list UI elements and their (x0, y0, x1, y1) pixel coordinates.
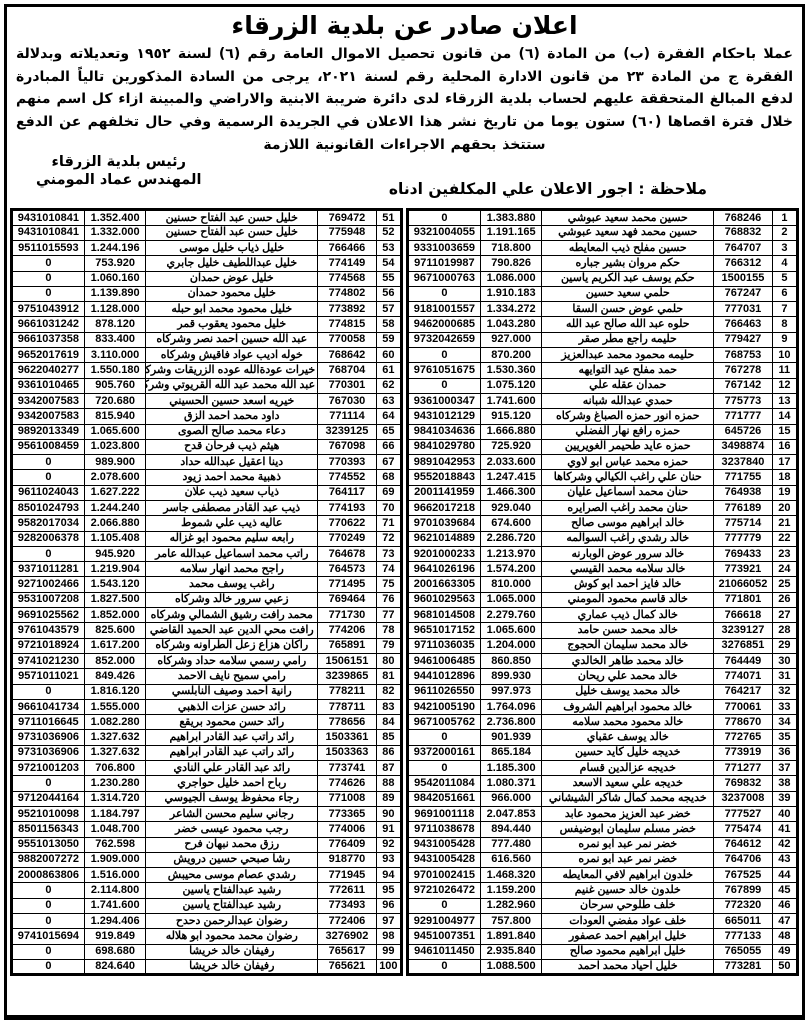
reference-number-cell: 777133 (714, 929, 773, 944)
table-row: 24773921خالد سلامه محمد القيسي1.574.2009… (408, 562, 798, 577)
row-number-cell: 5 (772, 271, 797, 286)
reference-number-cell: 1503361 (318, 730, 377, 745)
reference-number-cell: 1503363 (318, 745, 377, 760)
row-number-cell: 62 (376, 378, 401, 393)
table-row: 64771114داود محمد احمد الزق815.940934200… (12, 409, 402, 424)
table-row: 56774802خليل محمود حمدان1.139.8900 (12, 286, 402, 301)
row-number-cell: 20 (772, 501, 797, 516)
taxpayer-name-cell: خالد سلامه محمد القيسي (542, 562, 714, 577)
national-id-cell: 0 (12, 959, 85, 974)
reference-number-cell: 764678 (318, 546, 377, 561)
amount-cell: 1.466.300 (480, 485, 542, 500)
amount-cell: 1.852.000 (84, 608, 146, 623)
national-id-cell: 0 (408, 348, 481, 363)
table-row: 50773281خليل احياد محمد احمد1.088.5000 (408, 959, 798, 974)
reference-number-cell: 769433 (714, 546, 773, 561)
taxpayer-name-cell: خالد كمال ذيب عماري (542, 608, 714, 623)
reference-number-cell: 774206 (318, 623, 377, 638)
table-row: 851503361رائد راتب عبد القادر ابراهيم1.3… (12, 730, 402, 745)
amount-cell: 720.680 (84, 393, 146, 408)
amount-cell: 1.082.280 (84, 715, 146, 730)
national-id-cell: 9751043912 (12, 302, 85, 317)
taxpayer-name-cell: خالد محمود ابراهيم الشروف (542, 699, 714, 714)
reference-number-cell: 771945 (318, 868, 377, 883)
taxpayer-name-cell: عبد الله محمد عبد الله القريوتي وشركاه (146, 378, 318, 393)
amount-cell: 762.598 (84, 837, 146, 852)
table-row: 861503363رائد راتب عبد القادر ابراهيم1.3… (12, 745, 402, 760)
row-number-cell: 30 (772, 653, 797, 668)
amount-cell: 698.680 (84, 944, 146, 959)
national-id-cell: 9321004055 (408, 225, 481, 240)
national-id-cell: 9421005190 (408, 699, 481, 714)
taxpayer-name-cell: رائد عبد القادر علي النادي (146, 761, 318, 776)
amount-cell: 1.184.797 (84, 806, 146, 821)
table-row: 47665011خلف عواد مفضي العودات757.8009291… (408, 914, 798, 929)
reference-number-cell: 778670 (714, 715, 773, 730)
row-number-cell: 31 (772, 669, 797, 684)
national-id-cell: 9661037358 (12, 332, 85, 347)
table-row: 70774193ذيب عبد القادر مصطفى جاسر1.244.2… (12, 501, 402, 516)
table-row: 93918770رشا صبحي حسين درويش1.909.0009882… (12, 852, 402, 867)
national-id-cell: 9721018924 (12, 638, 85, 653)
taxpayer-name-cell: رشدي عصام موسى محيبش (146, 868, 318, 883)
amount-cell: 1.023.800 (84, 439, 146, 454)
table-row: 163498874حمزه عايد طحيمر الغويريين725.92… (408, 439, 798, 454)
amount-cell: 2.078.600 (84, 470, 146, 485)
table-row: 54774149خليل عبداللطيف خليل جابري753.920… (12, 256, 402, 271)
national-id-cell: 9761043579 (12, 623, 85, 638)
amount-cell: 2.114.800 (84, 883, 146, 898)
row-number-cell: 78 (376, 623, 401, 638)
amount-cell: 1.219.904 (84, 562, 146, 577)
amount-cell: 824.640 (84, 959, 146, 974)
taxpayers-tables: 1768246حسين محمد سعيد عبوشي1.383.8800276… (10, 208, 799, 976)
national-id-cell: 8501156343 (12, 822, 85, 837)
reference-number-cell: 766466 (318, 240, 377, 255)
row-number-cell: 68 (376, 470, 401, 485)
table-row: 653239125دعاء محمد صالح الصوى1.065.60098… (12, 424, 402, 439)
reference-number-cell: 764938 (714, 485, 773, 500)
table-row: 38769832خديجه علي سعيد الاسعد1.080.37195… (408, 776, 798, 791)
table-row: 8766463حلوه عبد الله صالح عبد الله1.043.… (408, 317, 798, 332)
national-id-cell: 9661031242 (12, 317, 85, 332)
amount-cell: 1.332.000 (84, 225, 146, 240)
reference-number-cell: 767098 (318, 439, 377, 454)
reference-number-cell: 766312 (714, 256, 773, 271)
taxpayer-name-cell: حكم مروان بشير جباره (542, 256, 714, 271)
row-number-cell: 79 (376, 638, 401, 653)
table-row: 53766466خليل ذياب خليل موسى1.244.1969511… (12, 240, 402, 255)
reference-number-cell: 766463 (714, 317, 773, 332)
amount-cell: 1.764.096 (480, 699, 542, 714)
reference-number-cell: 767247 (714, 286, 773, 301)
amount-cell: 1.139.890 (84, 286, 146, 301)
row-number-cell: 75 (376, 577, 401, 592)
amount-cell: 1.468.320 (480, 868, 542, 883)
table-row: 91774006رجب محمود عيسى خضر1.048.70085011… (12, 822, 402, 837)
amount-cell: 966.000 (480, 791, 542, 806)
table-row: 9779427حليمه راجع مطر صقر927.00097320426… (408, 332, 798, 347)
amount-cell: 1.080.371 (480, 776, 542, 791)
table-row: 45767899خلدون خالد حسين غنيم1.159.200972… (408, 883, 798, 898)
table-row: 67770393دينا اعقيل عبدالله حداد989.9000 (12, 455, 402, 470)
taxpayer-name-cell: خديجه عزالدين قسام (542, 761, 714, 776)
table-row: 87773741رائد عبد القادر علي النادي706.80… (12, 761, 402, 776)
table-row: 33770061خالد محمود ابراهيم الشروف1.764.0… (408, 699, 798, 714)
row-number-cell: 80 (376, 653, 401, 668)
reference-number-cell: 770061 (714, 699, 773, 714)
row-number-cell: 89 (376, 791, 401, 806)
taxpayer-name-cell: خالد رشدي راغب السوالمه (542, 531, 714, 546)
taxpayer-name-cell: حليمه راجع مطر صقر (542, 332, 714, 347)
amount-cell: 1.314.720 (84, 791, 146, 806)
row-number-cell: 87 (376, 761, 401, 776)
table-row: 26771801خالد قاسم محمود المومني1.065.000… (408, 592, 798, 607)
reference-number-cell: 21066052 (714, 577, 773, 592)
national-id-cell: 0 (12, 944, 85, 959)
amount-cell: 1.075.120 (480, 378, 542, 393)
table-row: 19764938حنان محمد اسماعيل عليان1.466.300… (408, 485, 798, 500)
national-id-cell: 9431010841 (12, 210, 85, 225)
row-number-cell: 71 (376, 516, 401, 531)
amount-cell: 1.048.700 (84, 822, 146, 837)
reference-number-cell: 774802 (318, 286, 377, 301)
table-row: 99765617رفيفان خالد خريشا698.6800 (12, 944, 402, 959)
row-number-cell: 77 (376, 608, 401, 623)
row-number-cell: 11 (772, 363, 797, 378)
row-number-cell: 99 (376, 944, 401, 959)
national-id-cell: 0 (408, 378, 481, 393)
reference-number-cell: 764707 (714, 240, 773, 255)
amount-cell: 919.849 (84, 929, 146, 944)
taxpayer-name-cell: حلمي عوض حسن السقا (542, 302, 714, 317)
amount-cell: 1.244.196 (84, 240, 146, 255)
table-row: 48777133خليل ابراهيم احمد عصفور1.891.840… (408, 929, 798, 944)
table-row: 13775773حمدي عبدالله شبانه1.741.60093610… (408, 393, 798, 408)
national-id-cell: 0 (12, 470, 85, 485)
taxpayer-name-cell: حمزه رافع نهار الفضلي (542, 424, 714, 439)
national-id-cell: 9582017034 (12, 516, 85, 531)
row-number-cell: 58 (376, 317, 401, 332)
taxpayer-name-cell: حكم يوسف عبد الكريم ياسين (542, 271, 714, 286)
reference-number-cell: 779427 (714, 332, 773, 347)
taxpayer-name-cell: رامي سميح نايف الاحمد (146, 669, 318, 684)
national-id-cell: 0 (12, 271, 85, 286)
reference-number-cell: 765621 (318, 959, 377, 974)
scanned-announcement-page: { "announcement": { "title": "اعلان صادر… (0, 0, 809, 1024)
table-row: 23769433خالد سرور عوض الوبارنه1.213.9709… (408, 546, 798, 561)
taxpayer-name-cell: خلدون ابراهيم لافي المعايطه (542, 868, 714, 883)
national-id-cell: 9561008459 (12, 439, 85, 454)
row-number-cell: 70 (376, 501, 401, 516)
row-number-cell: 45 (772, 883, 797, 898)
national-id-cell: 9691025562 (12, 608, 85, 623)
taxpayer-name-cell: حمدي عبدالله شبانه (542, 393, 714, 408)
reference-number-cell: 773365 (318, 806, 377, 821)
amount-cell: 1.204.000 (480, 638, 542, 653)
table-row: 801506151رامي رسمي سلامه حداد وشركاه852.… (12, 653, 402, 668)
taxpayer-name-cell: رابعه سليم محمود ابو غزاله (146, 531, 318, 546)
amount-cell: 1.555.000 (84, 699, 146, 714)
national-id-cell: 9361000347 (408, 393, 481, 408)
reference-number-cell: 645726 (714, 424, 773, 439)
table-row: 36773919خديجه خليل كايد حسين865.18493720… (408, 745, 798, 760)
reference-number-cell: 773281 (714, 959, 773, 974)
amount-cell: 1.282.960 (480, 898, 542, 913)
row-number-cell: 41 (772, 822, 797, 837)
table-row: 52775948خليل حسن عبد الفتاح حسنين1.332.0… (12, 225, 402, 240)
reference-number-cell: 3237008 (714, 791, 773, 806)
national-id-cell: 9342007583 (12, 409, 85, 424)
amount-cell: 1.816.120 (84, 684, 146, 699)
taxpayer-name-cell: رضوان عبدالرحمن دحدح (146, 914, 318, 929)
taxpayer-name-cell: خليل عبداللطيف خليل جابري (146, 256, 318, 271)
reference-number-cell: 770249 (318, 531, 377, 546)
reference-number-cell: 764217 (714, 684, 773, 699)
national-id-cell: 9521010098 (12, 806, 85, 821)
reference-number-cell: 770393 (318, 455, 377, 470)
row-number-cell: 10 (772, 348, 797, 363)
reference-number-cell: 3239125 (318, 424, 377, 439)
national-id-cell: 0 (12, 546, 85, 561)
row-number-cell: 12 (772, 378, 797, 393)
reference-number-cell: 769464 (318, 592, 377, 607)
national-id-cell: 2000863806 (12, 868, 85, 883)
table-row: 12767142حمدان عقله علي1.075.1200 (408, 378, 798, 393)
row-number-cell: 72 (376, 531, 401, 546)
taxpayer-name-cell: حمد مفلح عيد التوايهه (542, 363, 714, 378)
table-row: 40777527خضر عبد العزيز محمود عابد2.047.8… (408, 806, 798, 821)
amount-cell: 2.935.840 (480, 944, 542, 959)
table-row: 41775474خضر مسلم سليمان ابوضيفس894.44097… (408, 822, 798, 837)
row-number-cell: 2 (772, 225, 797, 240)
national-id-cell: 0 (12, 684, 85, 699)
row-number-cell: 66 (376, 439, 401, 454)
national-id-cell: 9641026196 (408, 562, 481, 577)
table-row: 95772611رشيد عبدالفتاح ياسين2.114.8000 (12, 883, 402, 898)
national-id-cell: 9671000763 (408, 271, 481, 286)
reference-number-cell: 768832 (714, 225, 773, 240)
reference-number-cell: 3498874 (714, 439, 773, 454)
amount-cell: 833.400 (84, 332, 146, 347)
reference-number-cell: 778711 (318, 699, 377, 714)
amount-cell: 1.065.600 (84, 424, 146, 439)
reference-number-cell: 775948 (318, 225, 377, 240)
table-row: 59770058عبد الله حسين احمد نصر وشركاه833… (12, 332, 402, 347)
taxpayer-name-cell: دعاء محمد صالح الصوى (146, 424, 318, 439)
amount-cell: 1.627.222 (84, 485, 146, 500)
national-id-cell: 0 (408, 898, 481, 913)
amount-cell: 945.920 (84, 546, 146, 561)
table-row: 73764678راتب محمد اسماعيل عبدالله عامر94… (12, 546, 402, 561)
national-id-cell: 9431012129 (408, 409, 481, 424)
row-number-cell: 60 (376, 348, 401, 363)
taxpayer-name-cell: خيرات عودةالله عوده الزريقات وشركاه (146, 363, 318, 378)
amount-cell: 1.666.880 (480, 424, 542, 439)
taxpayer-name-cell: هيثم ذيب فرحان قدح (146, 439, 318, 454)
table-row: 30764449خالد محمد طاهر الخالدي860.850946… (408, 653, 798, 668)
amount-cell: 2.047.853 (480, 806, 542, 821)
taxpayer-name-cell: خالد محمد سليمان الحجوج (542, 638, 714, 653)
table-row: 43764706خضر نمر عبد ابو نمره616.56094310… (408, 852, 798, 867)
national-id-cell: 9711019987 (408, 256, 481, 271)
national-id-cell: 9601029563 (408, 592, 481, 607)
table-row: 6767247حلمي سعيد حسين1.910.1830 (408, 286, 798, 301)
national-id-cell: 9331003659 (408, 240, 481, 255)
table-row: 89771008رجاء محفوظ يوسف الجيوسي1.314.720… (12, 791, 402, 806)
national-id-cell: 9882007272 (12, 852, 85, 867)
reference-number-cell: 775773 (714, 393, 773, 408)
national-id-cell: 9721001203 (12, 761, 85, 776)
reference-number-cell: 770622 (318, 516, 377, 531)
amount-cell: 1.574.200 (480, 562, 542, 577)
reference-number-cell: 774626 (318, 776, 377, 791)
table-row: 71770622عاليه ذيب علي شموط2.066.88095820… (12, 516, 402, 531)
row-number-cell: 19 (772, 485, 797, 500)
taxpayer-name-cell: خديجه محمد كمال شاكر الشيشاني (542, 791, 714, 806)
taxpayer-name-cell: خديجه خليل كايد حسين (542, 745, 714, 760)
table-row: 97772406رضوان عبدالرحمن دحدح1.294.4060 (12, 914, 402, 929)
taxpayer-name-cell: رفيفان خالد خريشا (146, 959, 318, 974)
table-row: 68774552ذهبية محمد احمد زيود2.078.6000 (12, 470, 402, 485)
row-number-cell: 32 (772, 684, 797, 699)
national-id-cell: 9282006378 (12, 531, 85, 546)
row-number-cell: 34 (772, 715, 797, 730)
table-row: 4766312حكم مروان بشير جباره790.826971101… (408, 256, 798, 271)
taxpayer-name-cell: خالد محمد حسن حامد (542, 623, 714, 638)
national-id-cell: 9841034636 (408, 424, 481, 439)
reference-number-cell: 766618 (714, 608, 773, 623)
national-id-cell: 9711016645 (12, 715, 85, 730)
row-number-cell: 49 (772, 944, 797, 959)
national-id-cell: 9741021230 (12, 653, 85, 668)
row-number-cell: 16 (772, 439, 797, 454)
reference-number-cell: 767142 (714, 378, 773, 393)
row-number-cell: 53 (376, 240, 401, 255)
national-id-cell: 9712044164 (12, 791, 85, 806)
reference-number-cell: 3276851 (714, 638, 773, 653)
taxpayer-name-cell: خالد محمد يوسف خليل (542, 684, 714, 699)
taxpayer-name-cell: خليل حسن عبد الفتاح حسنين (146, 225, 318, 240)
row-number-cell: 64 (376, 409, 401, 424)
national-id-cell: 9181001557 (408, 302, 481, 317)
national-id-cell: 2001663305 (408, 577, 481, 592)
reference-number-cell: 772320 (714, 898, 773, 913)
reference-number-cell: 774568 (318, 271, 377, 286)
taxpayer-name-cell: خالد سرور عوض الوبارنه (542, 546, 714, 561)
reference-number-cell: 770301 (318, 378, 377, 393)
taxpayer-name-cell: حسين مفلح ذيب المعايطه (542, 240, 714, 255)
reference-number-cell: 773892 (318, 302, 377, 317)
row-number-cell: 90 (376, 806, 401, 821)
national-id-cell: 0 (12, 914, 85, 929)
amount-cell: 718.800 (480, 240, 542, 255)
table-row: 55774568خليل عوض حمدان1.060.1600 (12, 271, 402, 286)
reference-number-cell: 3276902 (318, 929, 377, 944)
table-row: 983276902رضوان محمد محمود ابو هلاله919.8… (12, 929, 402, 944)
taxpayer-name-cell: ذياب سعيد ذيب علان (146, 485, 318, 500)
national-id-cell: 9721026472 (408, 883, 481, 898)
table-row: 83778711رائد حسن عزات الذهبي1.555.000966… (12, 699, 402, 714)
row-number-cell: 95 (376, 883, 401, 898)
amount-cell: 1.327.632 (84, 730, 146, 745)
table-row: 10768753حليمه محمود محمد عبدالعزيز870.20… (408, 348, 798, 363)
reference-number-cell: 774071 (714, 669, 773, 684)
reference-number-cell: 665011 (714, 914, 773, 929)
reference-number-cell: 771495 (318, 577, 377, 592)
taxpayer-name-cell: زعبي سرور خالد وشركاه (146, 592, 318, 607)
amount-cell: 870.200 (480, 348, 542, 363)
amount-cell: 1.043.280 (480, 317, 542, 332)
reference-number-cell: 765617 (318, 944, 377, 959)
row-number-cell: 61 (376, 363, 401, 378)
taxpayer-name-cell: حسين محمد سعيد عبوشي (542, 210, 714, 225)
national-id-cell: 9611024043 (12, 485, 85, 500)
row-number-cell: 1 (772, 210, 797, 225)
amount-cell: 1.334.272 (480, 302, 542, 317)
page-title: اعلان صادر عن بلدية الزرقاء (10, 11, 799, 40)
taxpayer-name-cell: خضر مسلم سليمان ابوضيفس (542, 822, 714, 837)
amount-cell: 1.294.406 (84, 914, 146, 929)
taxpayer-name-cell: خوله اديب عواد فاقيش وشركاه (146, 348, 318, 363)
row-number-cell: 86 (376, 745, 401, 760)
amount-cell: 1.065.000 (480, 592, 542, 607)
row-number-cell: 15 (772, 424, 797, 439)
table-row: 76769464زعبي سرور خالد وشركاه1.827.50095… (12, 592, 402, 607)
row-number-cell: 25 (772, 577, 797, 592)
amount-cell: 2.286.720 (480, 531, 542, 546)
amount-cell: 878.120 (84, 317, 146, 332)
national-id-cell: 9462000685 (408, 317, 481, 332)
national-id-cell: 9651017152 (408, 623, 481, 638)
table-row: 62770301عبد الله محمد عبد الله القريوتي … (12, 378, 402, 393)
taxpayer-name-cell: راغب يوسف محمد (146, 577, 318, 592)
table-row: 79765891راكان هزاع زعل الطراونه وشركاه1.… (12, 638, 402, 653)
taxpayer-name-cell: خليل ذياب خليل موسى (146, 240, 318, 255)
row-number-cell: 40 (772, 806, 797, 821)
taxpayer-name-cell: خلف طلوحي سرحان (542, 898, 714, 913)
row-number-cell: 74 (376, 562, 401, 577)
table-row: 37771277خديجه عزالدين قسام1.185.3000 (408, 761, 798, 776)
national-id-cell: 9531007208 (12, 592, 85, 607)
taxpayer-name-cell: رجاء محفوظ يوسف الجيوسي (146, 791, 318, 806)
row-number-cell: 93 (376, 852, 401, 867)
reference-number-cell: 776409 (318, 837, 377, 852)
amount-cell: 616.560 (480, 852, 542, 867)
row-number-cell: 24 (772, 562, 797, 577)
table-row: 293276851خالد محمد سليمان الحجوج1.204.00… (408, 638, 798, 653)
row-number-cell: 35 (772, 730, 797, 745)
reference-number-cell: 769832 (714, 776, 773, 791)
table-row: 49765055خليل ابراهيم محمود صالح2.935.840… (408, 944, 798, 959)
row-number-cell: 52 (376, 225, 401, 240)
amount-cell: 1.213.970 (480, 546, 542, 561)
amount-cell: 905.760 (84, 378, 146, 393)
reference-number-cell: 767278 (714, 363, 773, 378)
amount-cell: 1.741.600 (480, 393, 542, 408)
national-id-cell: 9622040277 (12, 363, 85, 378)
taxpayer-name-cell: ذيب عبد القادر مصطفى جاسر (146, 501, 318, 516)
amount-cell: 1.741.600 (84, 898, 146, 913)
reference-number-cell: 3239127 (714, 623, 773, 638)
taxpayer-name-cell: خالد محمود محمد سلامه (542, 715, 714, 730)
reference-number-cell: 773493 (318, 898, 377, 913)
amount-cell: 2.033.600 (480, 455, 542, 470)
amount-cell: 1.617.200 (84, 638, 146, 653)
national-id-cell: 0 (12, 883, 85, 898)
table-row: 2521066052خالد فايز احمد ابو كوش810.0002… (408, 577, 798, 592)
national-id-cell: 9431005428 (408, 837, 481, 852)
